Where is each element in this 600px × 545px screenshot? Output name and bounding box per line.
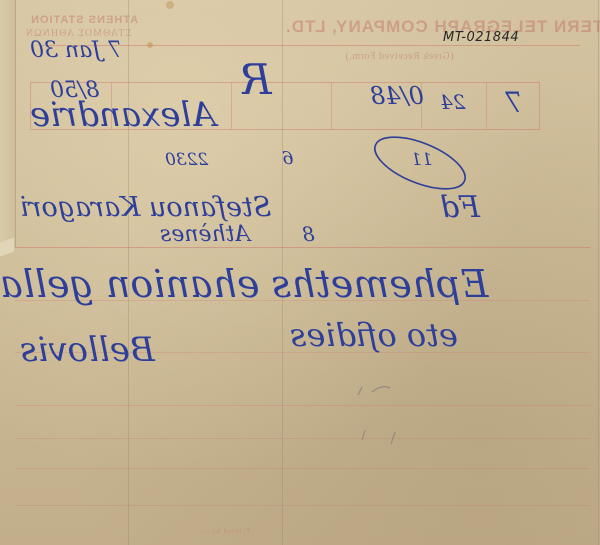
telegram-sheet: THE EASTERN TELEGRAPH COMPANY, LTD. ATHE…	[0, 0, 600, 545]
faint-pencil-marks	[0, 0, 600, 545]
